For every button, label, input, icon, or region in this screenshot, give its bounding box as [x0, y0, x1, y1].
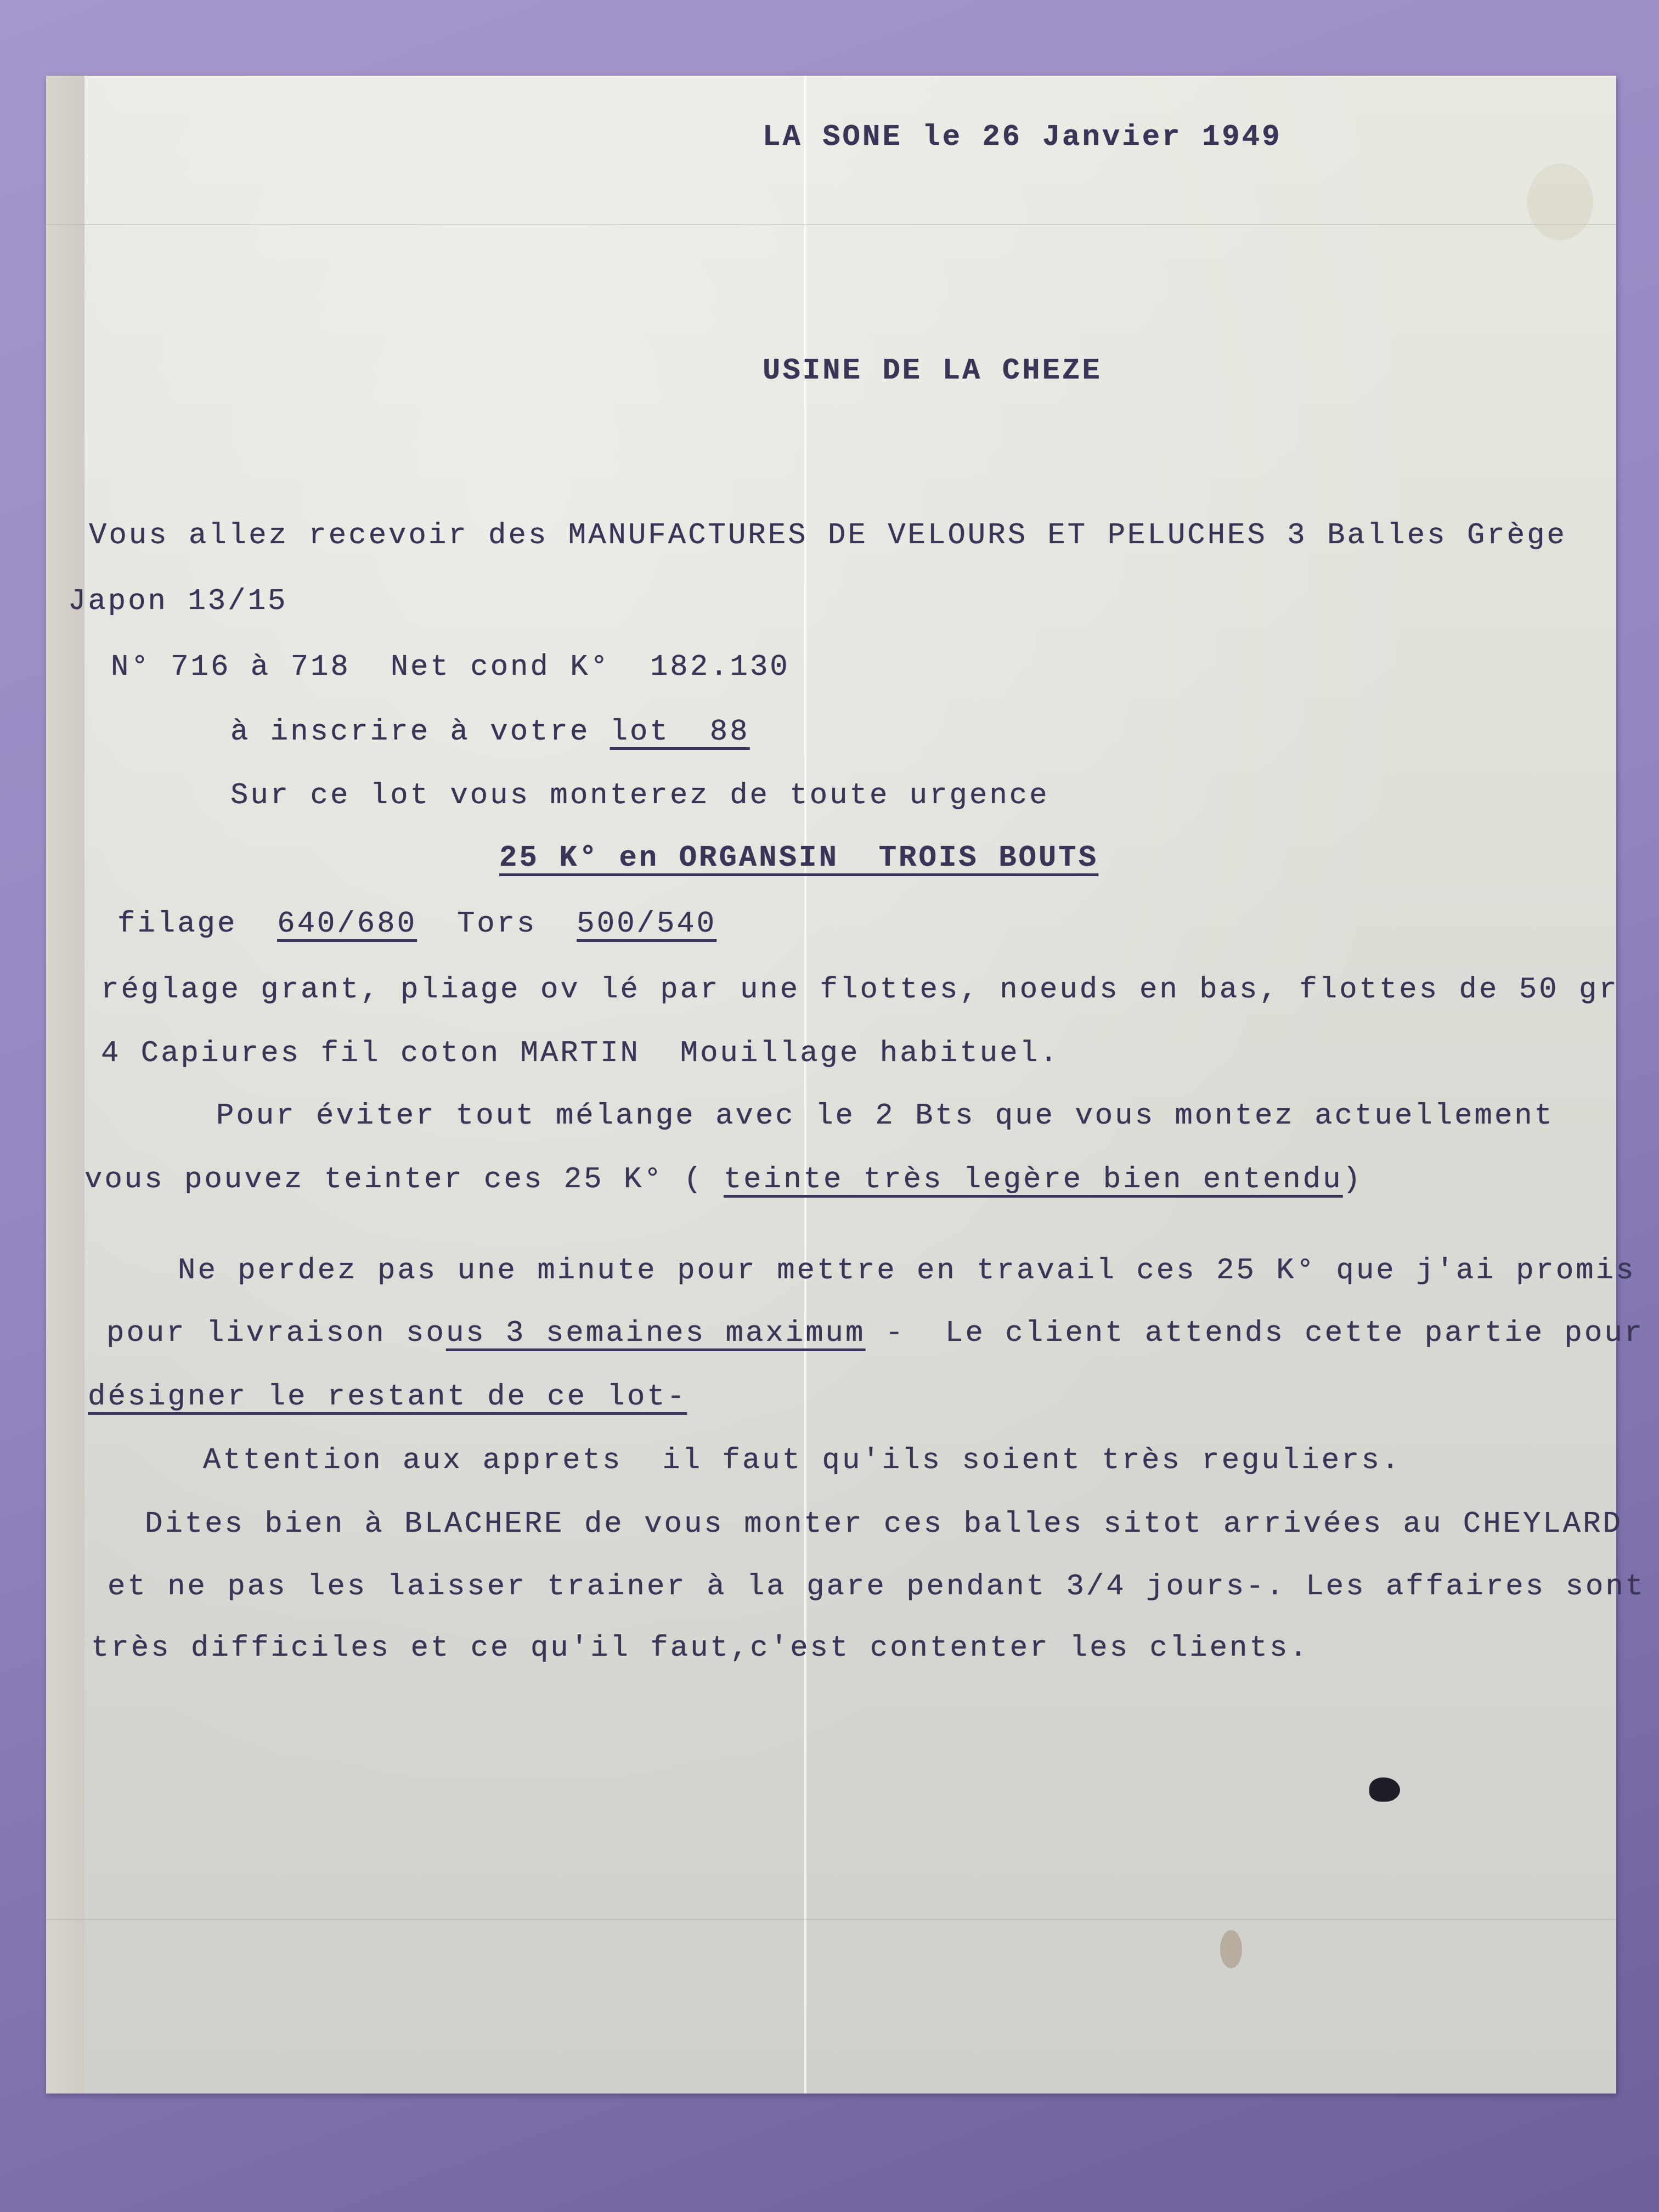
body-line: vous pouvez teinter ces 25 K° ( teinte t… — [84, 1163, 1363, 1197]
stain-mark — [1527, 163, 1593, 240]
body-line: Dites bien à BLACHERE de vous monter ces… — [145, 1508, 1623, 1541]
underlined-text: 640/680 — [277, 907, 417, 941]
underlined-text: us 3 semaines maximum — [446, 1317, 866, 1350]
underlined-text: 500/540 — [577, 907, 716, 941]
underlined-text: 25 K° en ORGANSIN TROIS BOUTS — [499, 842, 1098, 875]
body-line: et ne pas les laisser trainer à la gare … — [108, 1570, 1645, 1604]
ink-blot — [1369, 1778, 1400, 1802]
date-line: LA SONE le 26 Janvier 1949 — [763, 121, 1282, 154]
text-segment: pour livraison so — [106, 1317, 446, 1350]
body-line: Vous allez recevoir des MANUFACTURES DE … — [89, 519, 1567, 552]
underlined-text: lot 88 — [610, 715, 750, 749]
underlined-text: désigner le restant de ce lot- — [88, 1380, 687, 1414]
body-line: désigner le restant de ce lot- — [88, 1380, 687, 1414]
underlined-text: teinte très legère bien entendu — [724, 1163, 1343, 1197]
body-line: réglage grant, pliage ov lé par une flot… — [101, 973, 1619, 1007]
body-line: pour livraison sous 3 semaines maximum -… — [106, 1317, 1644, 1350]
paper-crease-mark — [46, 1919, 1616, 1920]
body-line: Pour éviter tout mélange avec le 2 Bts q… — [216, 1099, 1554, 1133]
text-segment: filage — [117, 907, 277, 941]
body-line: Sur ce lot vous monterez de toute urgenc… — [230, 779, 1049, 812]
text-segment: Tors — [417, 907, 577, 941]
paper-fold-edge — [46, 76, 84, 2093]
paper-crease-mark — [46, 224, 1616, 225]
body-line: 4 Capiures fil coton MARTIN Mouillage ha… — [101, 1037, 1059, 1070]
body-line: filage 640/680 Tors 500/540 — [117, 907, 716, 941]
letter-paper: LA SONE le 26 Janvier 1949 USINE DE LA C… — [46, 76, 1616, 2093]
body-line: 25 K° en ORGANSIN TROIS BOUTS — [499, 842, 1098, 875]
stain-mark — [1220, 1930, 1242, 1968]
text-segment: à inscrire à votre — [230, 715, 610, 749]
body-line: très difficiles et ce qu'il faut,c'est c… — [91, 1632, 1310, 1665]
body-line: Japon 13/15 — [68, 585, 287, 618]
text-segment: ) — [1343, 1163, 1363, 1197]
letter-heading: USINE DE LA CHEZE — [763, 354, 1102, 388]
body-line: Attention aux apprets il faut qu'ils soi… — [203, 1444, 1401, 1477]
body-line: à inscrire à votre lot 88 — [230, 715, 750, 749]
body-line: Ne perdez pas une minute pour mettre en … — [178, 1254, 1636, 1288]
text-segment: vous pouvez teinter ces 25 K° ( — [84, 1163, 724, 1197]
text-segment: - Le client attends cette partie pour — [865, 1317, 1644, 1350]
body-line: N° 716 à 718 Net cond K° 182.130 — [111, 651, 790, 684]
